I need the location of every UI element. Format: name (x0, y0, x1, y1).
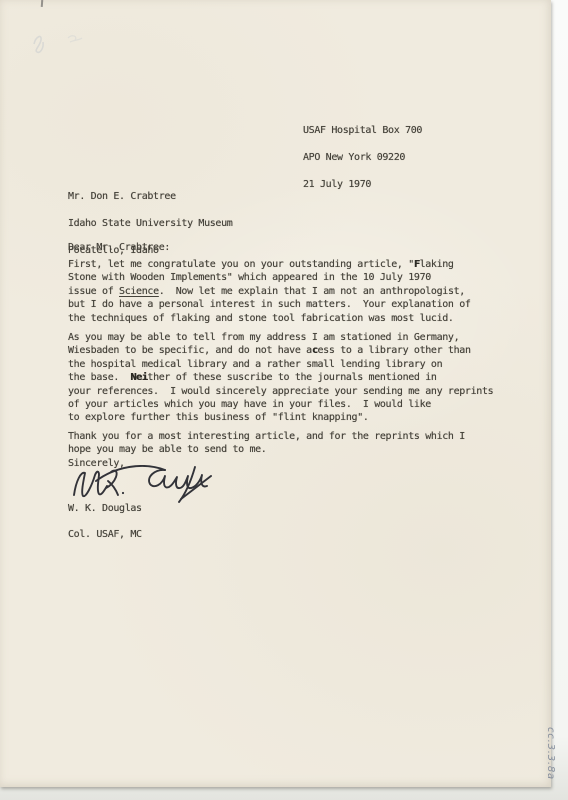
letter-paper: USAF Hospital Box 700 APO New York 09220… (0, 0, 551, 787)
sender-line: USAF Hospital Box 700 (303, 125, 422, 136)
recipient-line: Mr. Don E. Crabtree (68, 191, 176, 202)
top-edge-ink-tick (41, 0, 43, 7)
sender-address-block: USAF Hospital Box 700 APO New York 09220… (303, 124, 523, 191)
typed-name: W. K. Douglas (68, 503, 142, 514)
typed-title: Col. USAF, MC (68, 529, 142, 540)
scanned-letter-canvas: USAF Hospital Box 700 APO New York 09220… (0, 0, 568, 800)
salutation: Dear Mr. Crabtree: (68, 241, 538, 254)
overstruck-letters: Nei (130, 372, 147, 383)
body-paragraph-1: First, let me congratulate you on your o… (68, 258, 538, 325)
recipient-line: Idaho State University Museum (68, 218, 232, 229)
paragraph-text: First, let me congratulate you on your o… (68, 259, 414, 270)
faint-pencil-marks (28, 28, 98, 58)
archival-code-annotation: cc.3.3.8a (543, 727, 556, 791)
date-line: 21 July 1970 (303, 179, 371, 190)
typed-signature-block: W. K. Douglas Col. USAF, MC (68, 503, 538, 541)
body-paragraph-3: Thank you for a most interesting article… (68, 430, 538, 457)
underlined-journal-title: Science (119, 286, 159, 297)
sender-line: APO New York 09220 (303, 152, 405, 163)
body-paragraph-2: As you may be able to tell from my addre… (68, 331, 538, 425)
paragraph-text: Thank you for a most interesting article… (68, 431, 465, 455)
